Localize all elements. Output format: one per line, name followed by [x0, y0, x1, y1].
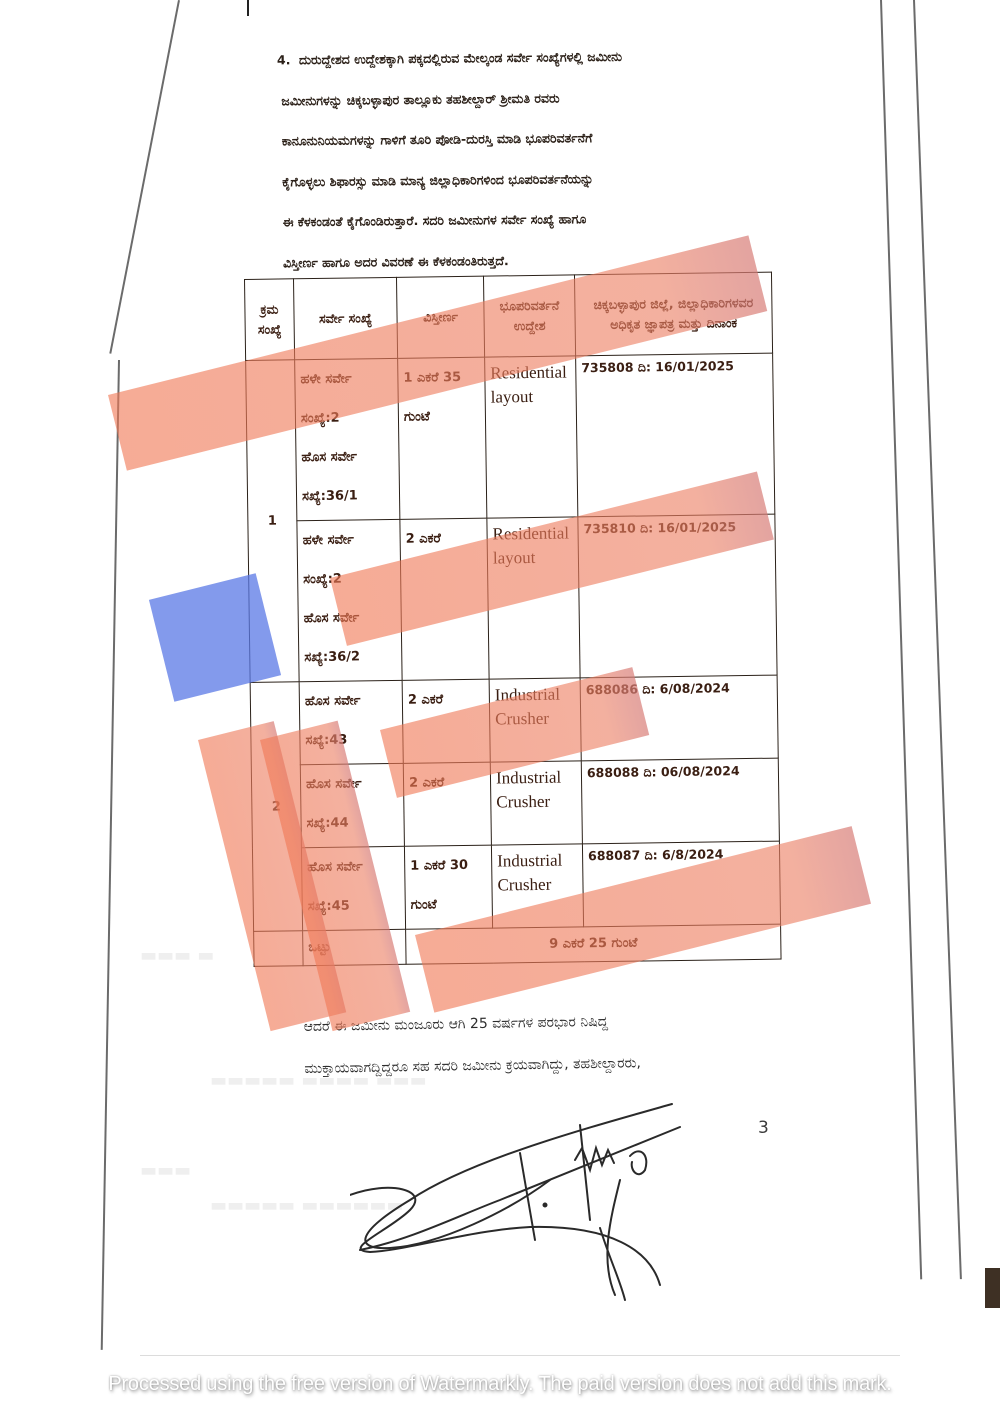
area-cell: 2 ಎಕರೆ	[403, 762, 491, 846]
table-row: 2 ಹೊಸ ಸರ್ವೇ ಸಖ್ಯೆ:43 2 ಎಕರೆ Industrial C…	[250, 675, 778, 765]
survey-line: ಹೊಸ ಸರ್ವೇ	[303, 598, 396, 638]
area-cell: 1 ಎಕರೆ 35 ಗುಂಟೆ	[398, 357, 487, 519]
table-row: ಹಳೇ ಸರ್ವೇ ಸಂಖ್ಯೆ:2 ಹೊಸ ಸರ್ವೇ ಸಖ್ಯೆ:36/2 …	[248, 514, 777, 682]
closing-line: ಮುಕ್ತಾಯವಾಗದ್ದಿದ್ದರೂ ಸಹ ಸದರಿ ಜಮೀನು ಕ್ರಯವಾ…	[304, 1040, 770, 1090]
area-line: ಗುಂಟೆ	[404, 397, 481, 437]
purpose-cell: Residential layout	[487, 517, 580, 679]
area-line: 2 ಎಕರೆ	[408, 680, 485, 720]
header-area: ವಿಸ್ತೀರ್ಣ	[396, 276, 484, 358]
watermark-text: Processed using the free version of Wate…	[0, 1373, 1000, 1396]
purpose-cell: Industrial Crusher	[489, 678, 581, 762]
area-line: ಗುಂಟೆ	[410, 885, 487, 925]
table-row: 1 ಹಳೇ ಸರ್ವೇ ಸಂಖ್ಯೆ:2 ಹೊಸ ಸರ್ವೇ ಸಖ್ಯೆ:36/…	[246, 353, 775, 521]
paragraph-line: ಜಮೀನುಗಳನ್ನು ಚಿಕ್ಕಬಳ್ಳಾಪುರ ತಾಲ್ಲೂಕು ತಹಶೀಲ…	[281, 76, 736, 121]
survey-line: ಹಳೇ ಸರ್ವೇ	[302, 520, 395, 560]
order-cell: 735808 ದಿ: 16/01/2025	[576, 353, 775, 517]
table-total-row: ಒಟ್ಟು 9 ಎಕರೆ 25 ಗುಂಟೆ	[254, 924, 781, 966]
order-cell: 688088 ದಿ: 06/08/2024	[581, 758, 779, 844]
survey-line: ಹೊಸ ಸರ್ವೇ	[305, 681, 398, 721]
survey-line: ಸಖ್ಯೆ:45	[307, 886, 400, 926]
survey-no-cell: ಹೊಸ ಸರ್ವೇ ಸಖ್ಯೆ:44	[300, 763, 404, 847]
area-cell: 1 ಎಕರೆ 30 ಗುಂಟೆ	[404, 845, 492, 929]
page-fold-line	[247, 0, 249, 16]
closing-paragraph: ಆದರೆ ಈ ಜಮೀನು ಮಂಜೂರು ಆಗಿ 25 ವರ್ಷಗಳ ಪರಭಾರ …	[303, 998, 769, 1090]
survey-line: ಸಂಖ್ಯೆ:2	[303, 559, 396, 599]
purpose-cell: Industrial Crusher	[490, 761, 582, 845]
header-sl-no: ಕ್ರಮ ಸಂಖ್ಯೆ	[245, 279, 295, 361]
survey-line: ಸಂಖ್ಯೆ:2	[301, 398, 394, 438]
binder-clip	[985, 1268, 1000, 1308]
table-row: ಹೊಸ ಸರ್ವೇ ಸಖ್ಯೆ:45 1 ಎಕರೆ 30 ಗುಂಟೆ Indus…	[252, 841, 780, 931]
land-conversion-table: ಕ್ರಮ ಸಂಖ್ಯೆ ಸರ್ವೇ ಸಂಖ್ಯೆ ವಿಸ್ತೀರ್ಣ ಭೂಪರಿ…	[244, 272, 782, 967]
page-edge-bottom	[140, 1355, 900, 1356]
area-cell: 2 ಎಕರೆ	[400, 518, 489, 680]
signature-icon	[350, 1100, 690, 1310]
order-cell: 688087 ದಿ: 6/8/2024	[582, 841, 780, 927]
survey-line: ಹೊಸ ಸರ್ವೇ	[306, 764, 399, 804]
page-edge-right-outer	[913, 0, 962, 1279]
total-value: 9 ಎಕರೆ 25 ಗುಂಟೆ	[406, 924, 781, 964]
sl-no-cell: 2	[250, 682, 302, 932]
item-number: 4.	[277, 40, 291, 81]
purpose-cell: Residential layout	[485, 356, 578, 518]
page-edge-left-top	[109, 0, 179, 354]
paragraph-line: ಕೈಗೊಳ್ಳಲು ಶಿಫಾರಸ್ಸು ಮಾಡಿ ಮಾನ್ಯ ಜಿಲ್ಲಾಧಿಕ…	[282, 157, 737, 202]
area-line: 2 ಎಕರೆ	[405, 519, 482, 559]
order-cell: 735810 ದಿ: 16/01/2025	[578, 514, 777, 678]
survey-line: ಸಖ್ಯೆ:44	[306, 803, 399, 843]
page-number: 3	[758, 1118, 769, 1138]
area-cell: 2 ಎಕರೆ	[402, 679, 490, 763]
survey-no-cell: ಹೊಸ ಸರ್ವೇ ಸಖ್ಯೆ:45	[301, 846, 405, 930]
total-label: ಒಟ್ಟು	[303, 929, 406, 965]
survey-line: ಸಖ್ಯೆ:36/2	[304, 637, 397, 677]
header-order: ಚಿಕ್ಕಬಳ್ಳಾಪುರ ಜಿಲ್ಲೆ, ಜಿಲ್ಲಾಧಿಕಾರಿಗಳವರ ಅ…	[574, 272, 772, 356]
area-line: 1 ಎಕರೆ 30	[410, 846, 487, 886]
page-edge-left	[101, 360, 120, 1350]
sl-no-cell: 1	[246, 360, 299, 683]
table-row: ಹೊಸ ಸರ್ವೇ ಸಖ್ಯೆ:44 2 ಎಕರೆ Industrial Cru…	[251, 758, 779, 848]
paragraph-line: ಕಾನೂನುನಿಯಮಗಳನ್ನು ಗಾಳಿಗೆ ತೂರಿ ಪೋಡಿ-ದುರಸ್ತ…	[282, 117, 737, 162]
paragraph-line: ಈ ಕೆಳಕಂಡಂತೆ ಕೈಗೊಂಡಿರುತ್ತಾರೆ. ಸದರಿ ಜಮೀನುಗ…	[282, 198, 737, 243]
page-edge-right	[880, 0, 922, 1279]
survey-no-cell: ಹೊಸ ಸರ್ವೇ ಸಖ್ಯೆ:43	[299, 680, 403, 764]
survey-line: ಸಖ್ಯೆ:43	[305, 720, 398, 760]
survey-line: ಸಖ್ಯೆ:36/1	[302, 476, 395, 516]
survey-line: ಹಳೇ ಸರ್ವೇ	[300, 359, 393, 399]
survey-line: ಹೊಸ ಸರ್ವೇ	[307, 847, 400, 887]
show-through-text: ▬▬▬	[140, 1160, 191, 1181]
show-through-text: ▬▬▬ ▬	[140, 945, 214, 966]
area-line: 2 ಎಕರೆ	[409, 763, 486, 803]
survey-line: ಹೊಸ ಸರ್ವೇ	[301, 437, 394, 477]
table-header-row: ಕ್ರಮ ಸಂಖ್ಯೆ ಸರ್ವೇ ಸಂಖ್ಯೆ ವಿಸ್ತೀರ್ಣ ಭೂಪರಿ…	[245, 272, 773, 360]
header-survey-no: ಸರ್ವೇ ಸಂಖ್ಯೆ	[294, 277, 398, 359]
survey-no-cell: ಹಳೇ ಸರ್ವೇ ಸಂಖ್ಯೆ:2 ಹೊಸ ಸರ್ವೇ ಸಖ್ಯೆ:36/2	[297, 519, 402, 681]
area-line: 1 ಎಕರೆ 35	[403, 358, 480, 398]
survey-no-cell: ಹಳೇ ಸರ್ವೇ ಸಂಖ್ಯೆ:2 ಹೊಸ ಸರ್ವೇ ಸಖ್ಯೆ:36/1	[295, 358, 400, 520]
intro-paragraph: 4. ದುರುದ್ದೇಶದ ಉದ್ದೇಶಕ್ಕಾಗಿ ಪಕ್ಕದಲ್ಲಿರುವ …	[281, 36, 739, 284]
purpose-cell: Industrial Crusher	[491, 844, 583, 928]
paragraph-line: ದುರುದ್ದೇಶದ ಉದ್ದೇಶಕ್ಕಾಗಿ ಪಕ್ಕದಲ್ಲಿರುವ ಮೇಲ…	[281, 36, 736, 81]
order-cell: 688086 ದಿ: 6/08/2024	[580, 675, 778, 761]
header-purpose: ಭೂಪರಿವರ್ತನೆ ಉದ್ದೇಶ	[483, 275, 575, 357]
empty-cell	[254, 931, 303, 967]
